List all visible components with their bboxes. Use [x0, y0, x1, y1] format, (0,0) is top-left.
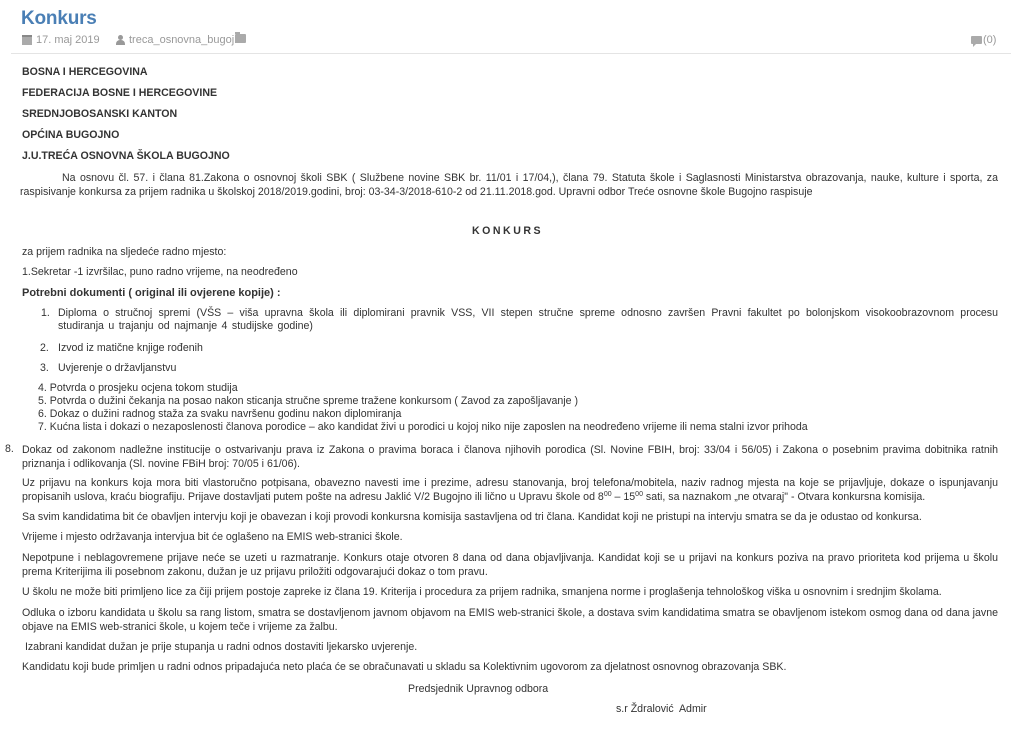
incomplete-paragraph: Nepotpune i neblagovremene prijave neće … [22, 551, 998, 579]
interview-paragraph: Sa svim kandidatima bit će obavljen inte… [22, 511, 922, 523]
salary-paragraph: Kandidatu koji bude primljen u radni odn… [22, 661, 786, 673]
intro-paragraph: Na osnovu čl. 57. i člana 81.Zakona o os… [20, 171, 998, 199]
post-author-link[interactable]: treca_osnovna_bugojno [129, 34, 246, 46]
doc-num: 3. [40, 362, 49, 374]
doc-item: Izvod iz matične knjige rođenih [58, 342, 203, 354]
signature-role: Predsjednik Upravnog odbora [408, 683, 548, 695]
signature-name: s.r Ždralović Admir [616, 703, 707, 715]
post-author[interactable]: treca_osnovna_bugojno [115, 34, 246, 46]
doc-num: 2. [40, 342, 49, 354]
decision-paragraph: Odluka o izboru kandidata u školu sa ran… [22, 606, 998, 634]
doc-num: 8. [5, 443, 14, 455]
header-line: FEDERACIJA BOSNE I HERCEGOVINE [22, 87, 217, 99]
doc-num: 1. [41, 307, 50, 319]
subheading: za prijem radnika na sljedeće radno mjes… [22, 246, 226, 258]
medical-paragraph: Izabrani kandidat dužan je prije stupanj… [22, 641, 417, 653]
post-title[interactable]: Konkurs [21, 8, 97, 30]
comment-icon[interactable] [971, 36, 982, 44]
post-category[interactable] [235, 34, 250, 43]
header-line: OPĆINA BUGOJNO [22, 129, 119, 141]
header-line: BOSNA I HERCEGOVINA [22, 66, 148, 78]
header-line: J.U.TREĆA OSNOVNA ŠKOLA BUGOJNO [22, 150, 230, 162]
job-position: 1.Sekretar -1 izvršilac, puno radno vrij… [22, 266, 298, 278]
doc-item: Diploma o stručnoj spremi (VŠS – viša up… [58, 307, 998, 333]
post-date-text: 17. maj 2019 [36, 34, 100, 46]
doc-item: Uvjerenje o državljanstvu [58, 362, 176, 374]
folder-icon[interactable] [235, 34, 246, 43]
documents-title: Potrebni dokumenti ( original ili ovjere… [22, 287, 281, 299]
user-icon [115, 35, 125, 46]
restriction-paragraph: U školu ne može biti primljeno lice za č… [22, 586, 942, 598]
doc-item-7: 7. Kućna lista i dokazi o nezaposlenosti… [38, 421, 808, 433]
doc-item-4: 4. Potvrda o prosjeku ocjena tokom studi… [38, 382, 238, 394]
doc-item-5: 5. Potvrda o dužini čekanja na posao nak… [38, 395, 578, 407]
calendar-icon [22, 35, 32, 45]
doc-item-6: 6. Dokaz o dužini radnog staža za svaku … [38, 408, 401, 420]
document-heading: KONKURS [472, 225, 543, 237]
interview-time-paragraph: Vrijeme i mjesto održavanja intervjua bi… [22, 531, 403, 543]
post-date: 17. maj 2019 [22, 34, 100, 46]
post-comments[interactable]: (0) [971, 34, 996, 46]
comments-count[interactable]: (0) [983, 34, 996, 46]
application-paragraph: Uz prijavu na konkurs koja mora biti vla… [22, 476, 998, 504]
doc-item: Dokaz od zakonom nadležne institucije o … [22, 443, 998, 471]
post-meta: 17. maj 2019 treca_osnovna_bugojno (0) [22, 34, 1022, 50]
header-line: SREDNJOBOSANSKI KANTON [22, 108, 177, 120]
meta-divider [11, 53, 1011, 54]
